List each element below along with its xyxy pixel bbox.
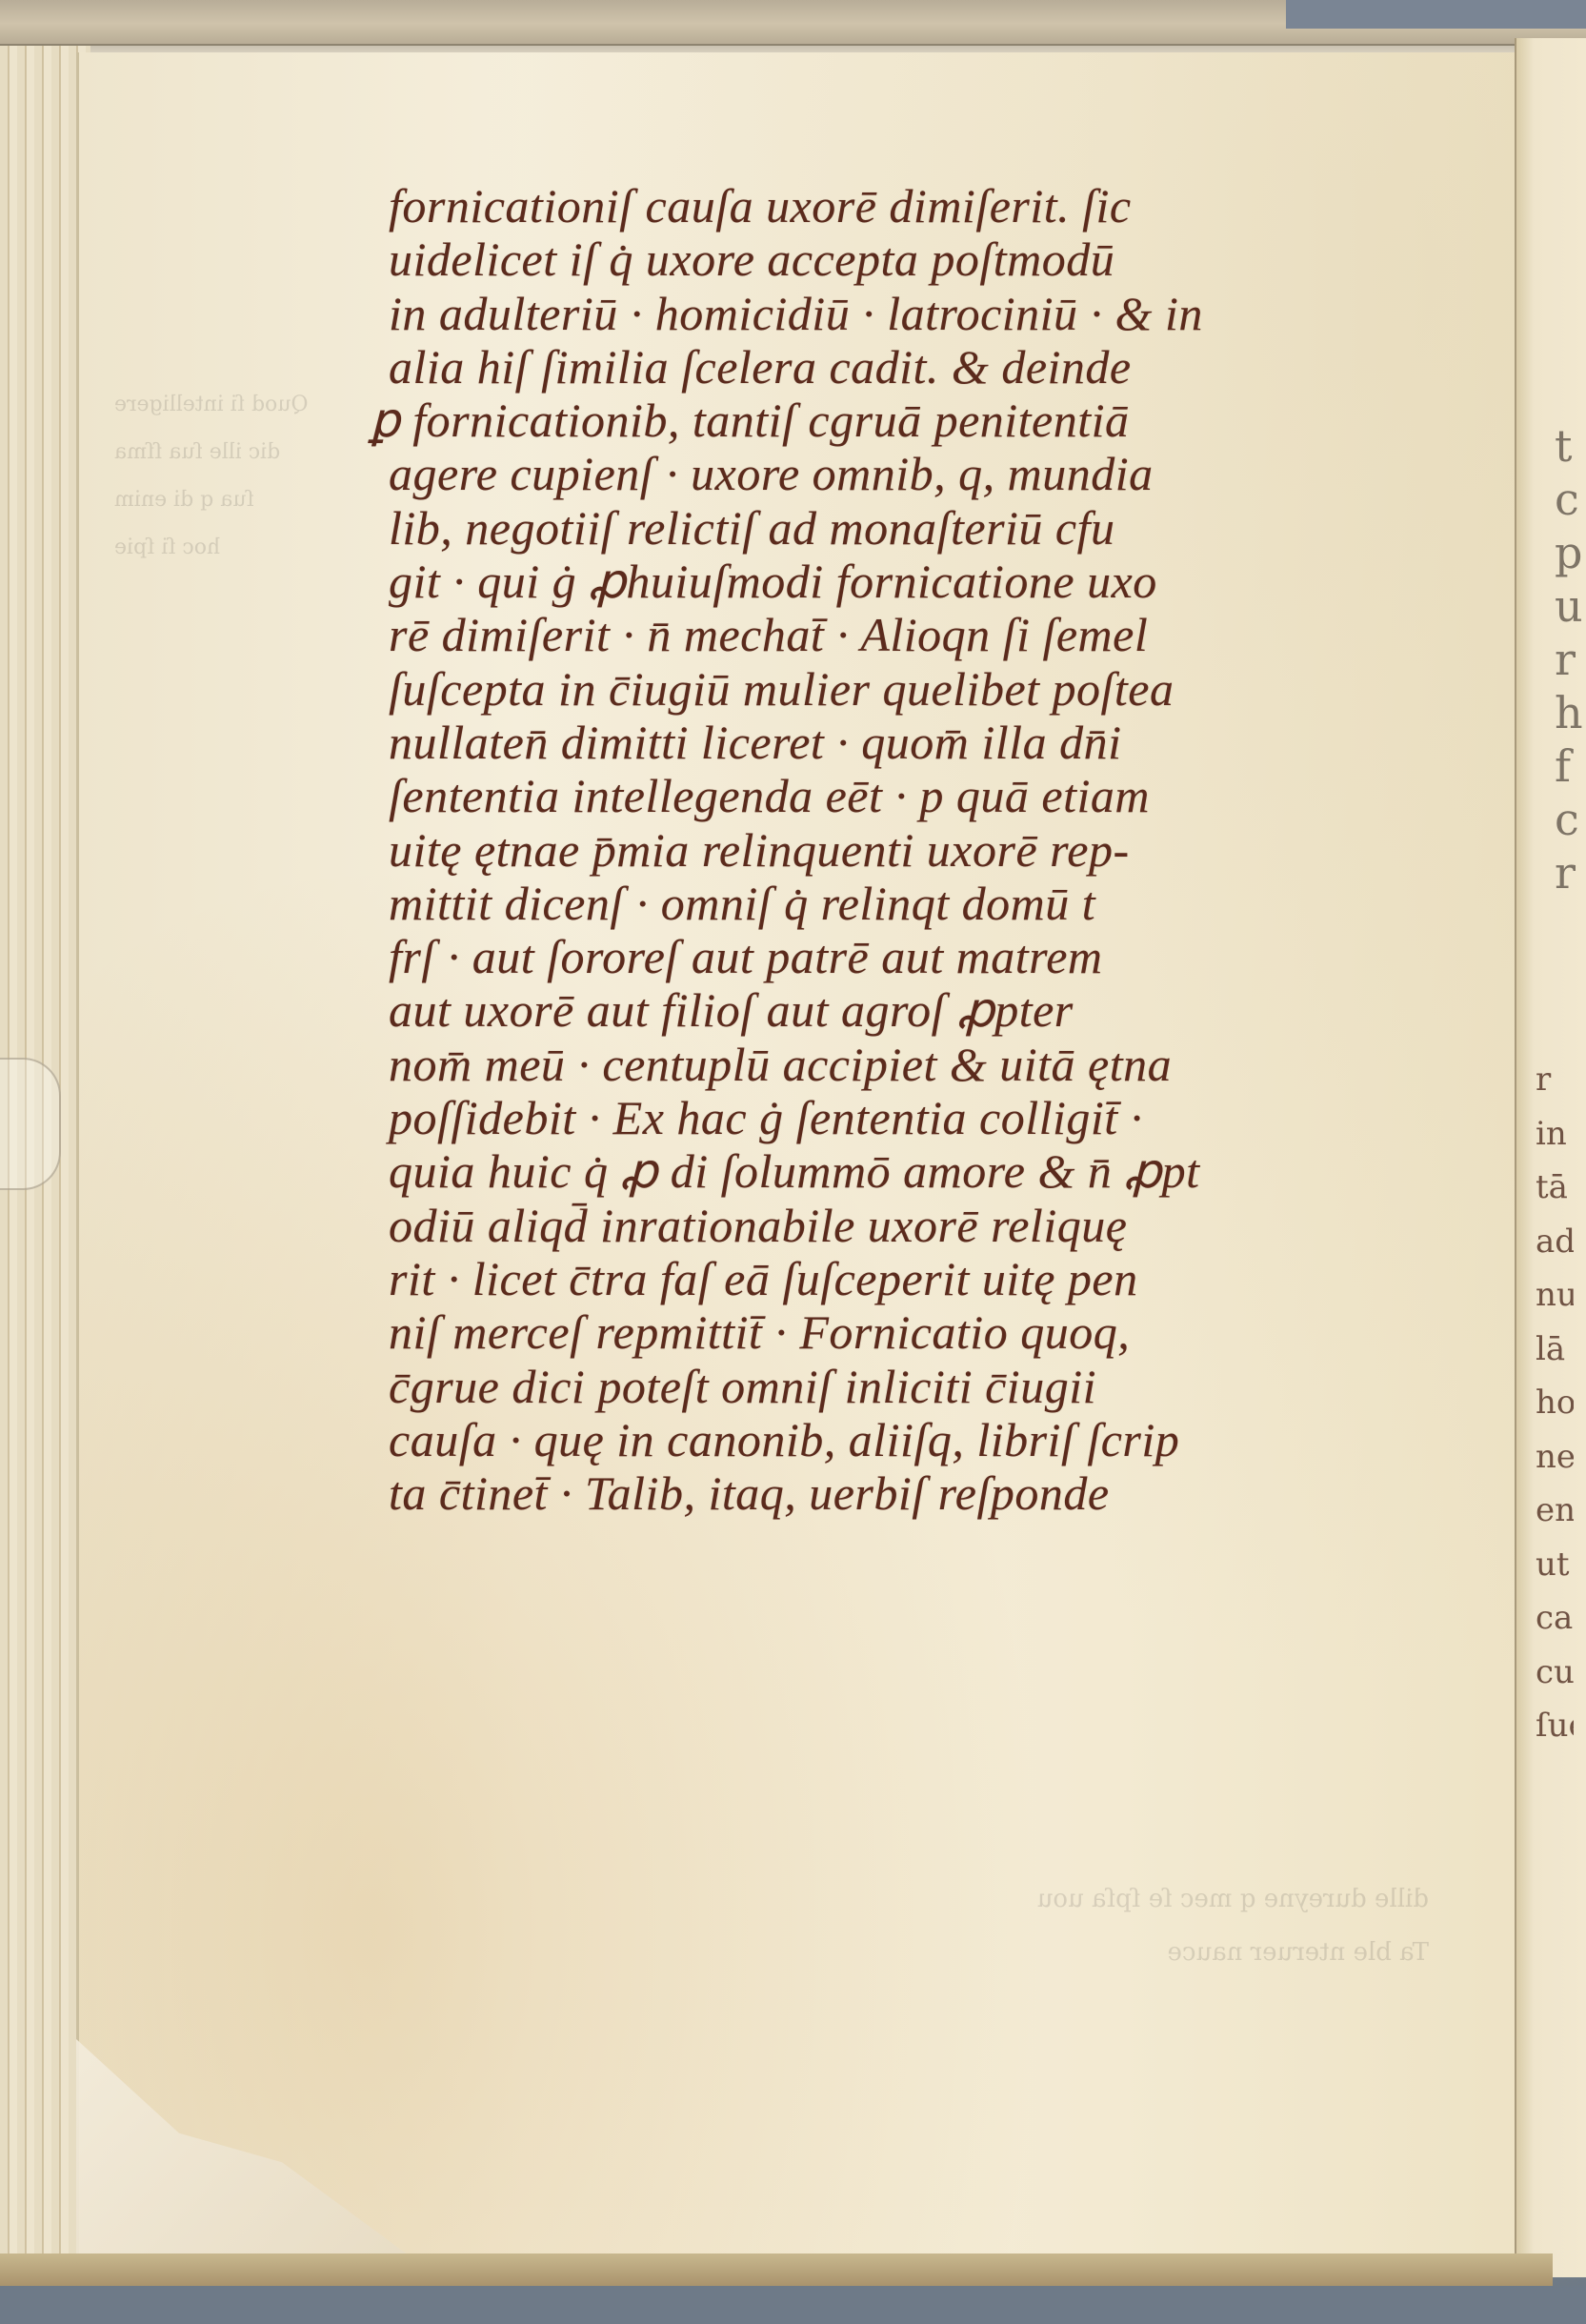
text-line: lib, negotiiſ relictiſ ad monaſteriū cfu [389, 501, 1456, 555]
show-through-left: Quod ſi intelligere dic ille ſua ſſma ſu… [114, 381, 362, 572]
facing-fragment: ſuę no [1536, 1699, 1574, 1753]
text-line: mittit dicenſ · omniſ q̇ relinqt domū t [389, 877, 1456, 930]
text-line: ꝑ fornicationib, tantiſ cgruā penitentiā [370, 394, 1456, 447]
background-strip [0, 2286, 1586, 2324]
text-line: ſuſcepta in c̄iugiū mulier quelibet poſt… [389, 662, 1456, 716]
show-through-line: hoc ſi ſpie [114, 524, 362, 572]
text-line: git · qui ġ ꝓhuiuſmodi fornicatione uxo [389, 555, 1456, 608]
facing-fragment: r [1555, 846, 1586, 899]
text-line: agere cupienſ · uxore omnib, q, mundia [389, 447, 1456, 500]
facing-fragment: c [1555, 473, 1586, 526]
text-line: poſſidebit · Ex hac ġ ſententia colligit… [389, 1091, 1456, 1144]
show-through-line: ſua q di enim [114, 476, 362, 524]
facing-fragment: u [1555, 579, 1586, 633]
text-line: c̄grue dici poteſt omniſ inliciti c̄iugi… [389, 1360, 1456, 1413]
text-line: uitę ętnae p̄mia relinquenti uxorē rep- [389, 823, 1456, 877]
text-line: ſententia intellegenda eēt · p quā etiam [389, 769, 1456, 822]
show-through-line: dille dureyne q mec ſe ſpſa uou [286, 1872, 1429, 1926]
text-line: odiū aliqd̄ inrationabile uxorē reliquę [389, 1199, 1456, 1252]
text-line: nom̄ meū · centuplū accipiet & uitā ętna [389, 1038, 1456, 1091]
facing-fragment: ad d [1536, 1215, 1574, 1269]
text-line: uidelicet iſ q̇ uxore accepta poſtmodū [389, 232, 1456, 286]
text-line: rē dimiſerit · n̄ mechat̄ · Alioqn ſi ſe… [389, 608, 1456, 661]
text-line: in adulteriū · homicidiū · latrociniū · … [389, 287, 1456, 340]
text-line: fornicationiſ cauſa uxorē dimiſerit. ſic [389, 179, 1456, 232]
facing-fragment: in [1536, 1107, 1574, 1162]
text-line: quia huic q̇ ꝓ di ſolummō amore & n̄ ꝓpt [389, 1144, 1456, 1198]
text-line: nullaten̄ dimitti liceret · quom̄ illa d… [389, 716, 1456, 769]
text-line: aut uxorē aut filioſ aut agroſ ꝓpter [389, 983, 1456, 1037]
facing-fragment: r [1536, 1053, 1574, 1107]
background-gap [1286, 0, 1586, 29]
facing-fragment: c [1555, 793, 1586, 846]
bottom-page-edge [0, 2253, 1553, 2288]
facing-fragment: p [1555, 526, 1586, 579]
show-through-line: dic ille ſua ſſma [114, 429, 362, 476]
facing-page-text-lower: r in tā ad d nuſ lā ad homi ne c eni d u… [1536, 1053, 1574, 1753]
text-line: frſ · aut ſororeſ aut patrē aut matrem [389, 930, 1456, 983]
facing-page-text-upper: t c p u r h f c r [1555, 419, 1586, 899]
show-through-line: Quod ſi intelligere [114, 381, 362, 429]
facing-fragment: homi [1536, 1376, 1574, 1430]
facing-fragment: f [1555, 739, 1586, 793]
text-line: niſ merceſ repmittit̄ · Fornicatio quoq, [389, 1305, 1456, 1359]
facing-fragment: eni d [1536, 1484, 1574, 1538]
text-line: cauſa · quę in canonib, aliiſq, libriſ ſ… [389, 1413, 1456, 1466]
facing-fragment: ne c [1536, 1430, 1574, 1485]
show-through-line: Ta ble nteruer nauce [286, 1926, 1429, 1979]
text-line: rit · licet c̄tra faſ eā ſuſceperit uitę… [389, 1252, 1456, 1305]
facing-fragment: r [1555, 633, 1586, 686]
main-text-block: fornicationiſ cauſa uxorē dimiſerit. ſic… [389, 179, 1456, 1520]
show-through-bottom: dille dureyne q mec ſe ſpſa uou Ta ble n… [286, 1872, 1429, 1979]
text-line: alia hiſ ſimilia ſcelera cadit. & deinde [389, 340, 1456, 394]
page-clip [0, 1058, 61, 1190]
facing-fragment: cat q [1536, 1591, 1574, 1646]
text-line: ta c̄tinet̄ · Talib, itaq, uerbiſ reſpon… [389, 1466, 1456, 1520]
facing-fragment: ut cd [1536, 1538, 1574, 1592]
facing-fragment: nuſ [1536, 1268, 1574, 1323]
facing-fragment: h [1555, 686, 1586, 739]
facing-fragment: cuilibe [1536, 1646, 1574, 1700]
facing-fragment: tā [1536, 1161, 1574, 1215]
facing-fragment: t [1555, 419, 1586, 473]
facing-fragment: lā ad [1536, 1323, 1574, 1377]
